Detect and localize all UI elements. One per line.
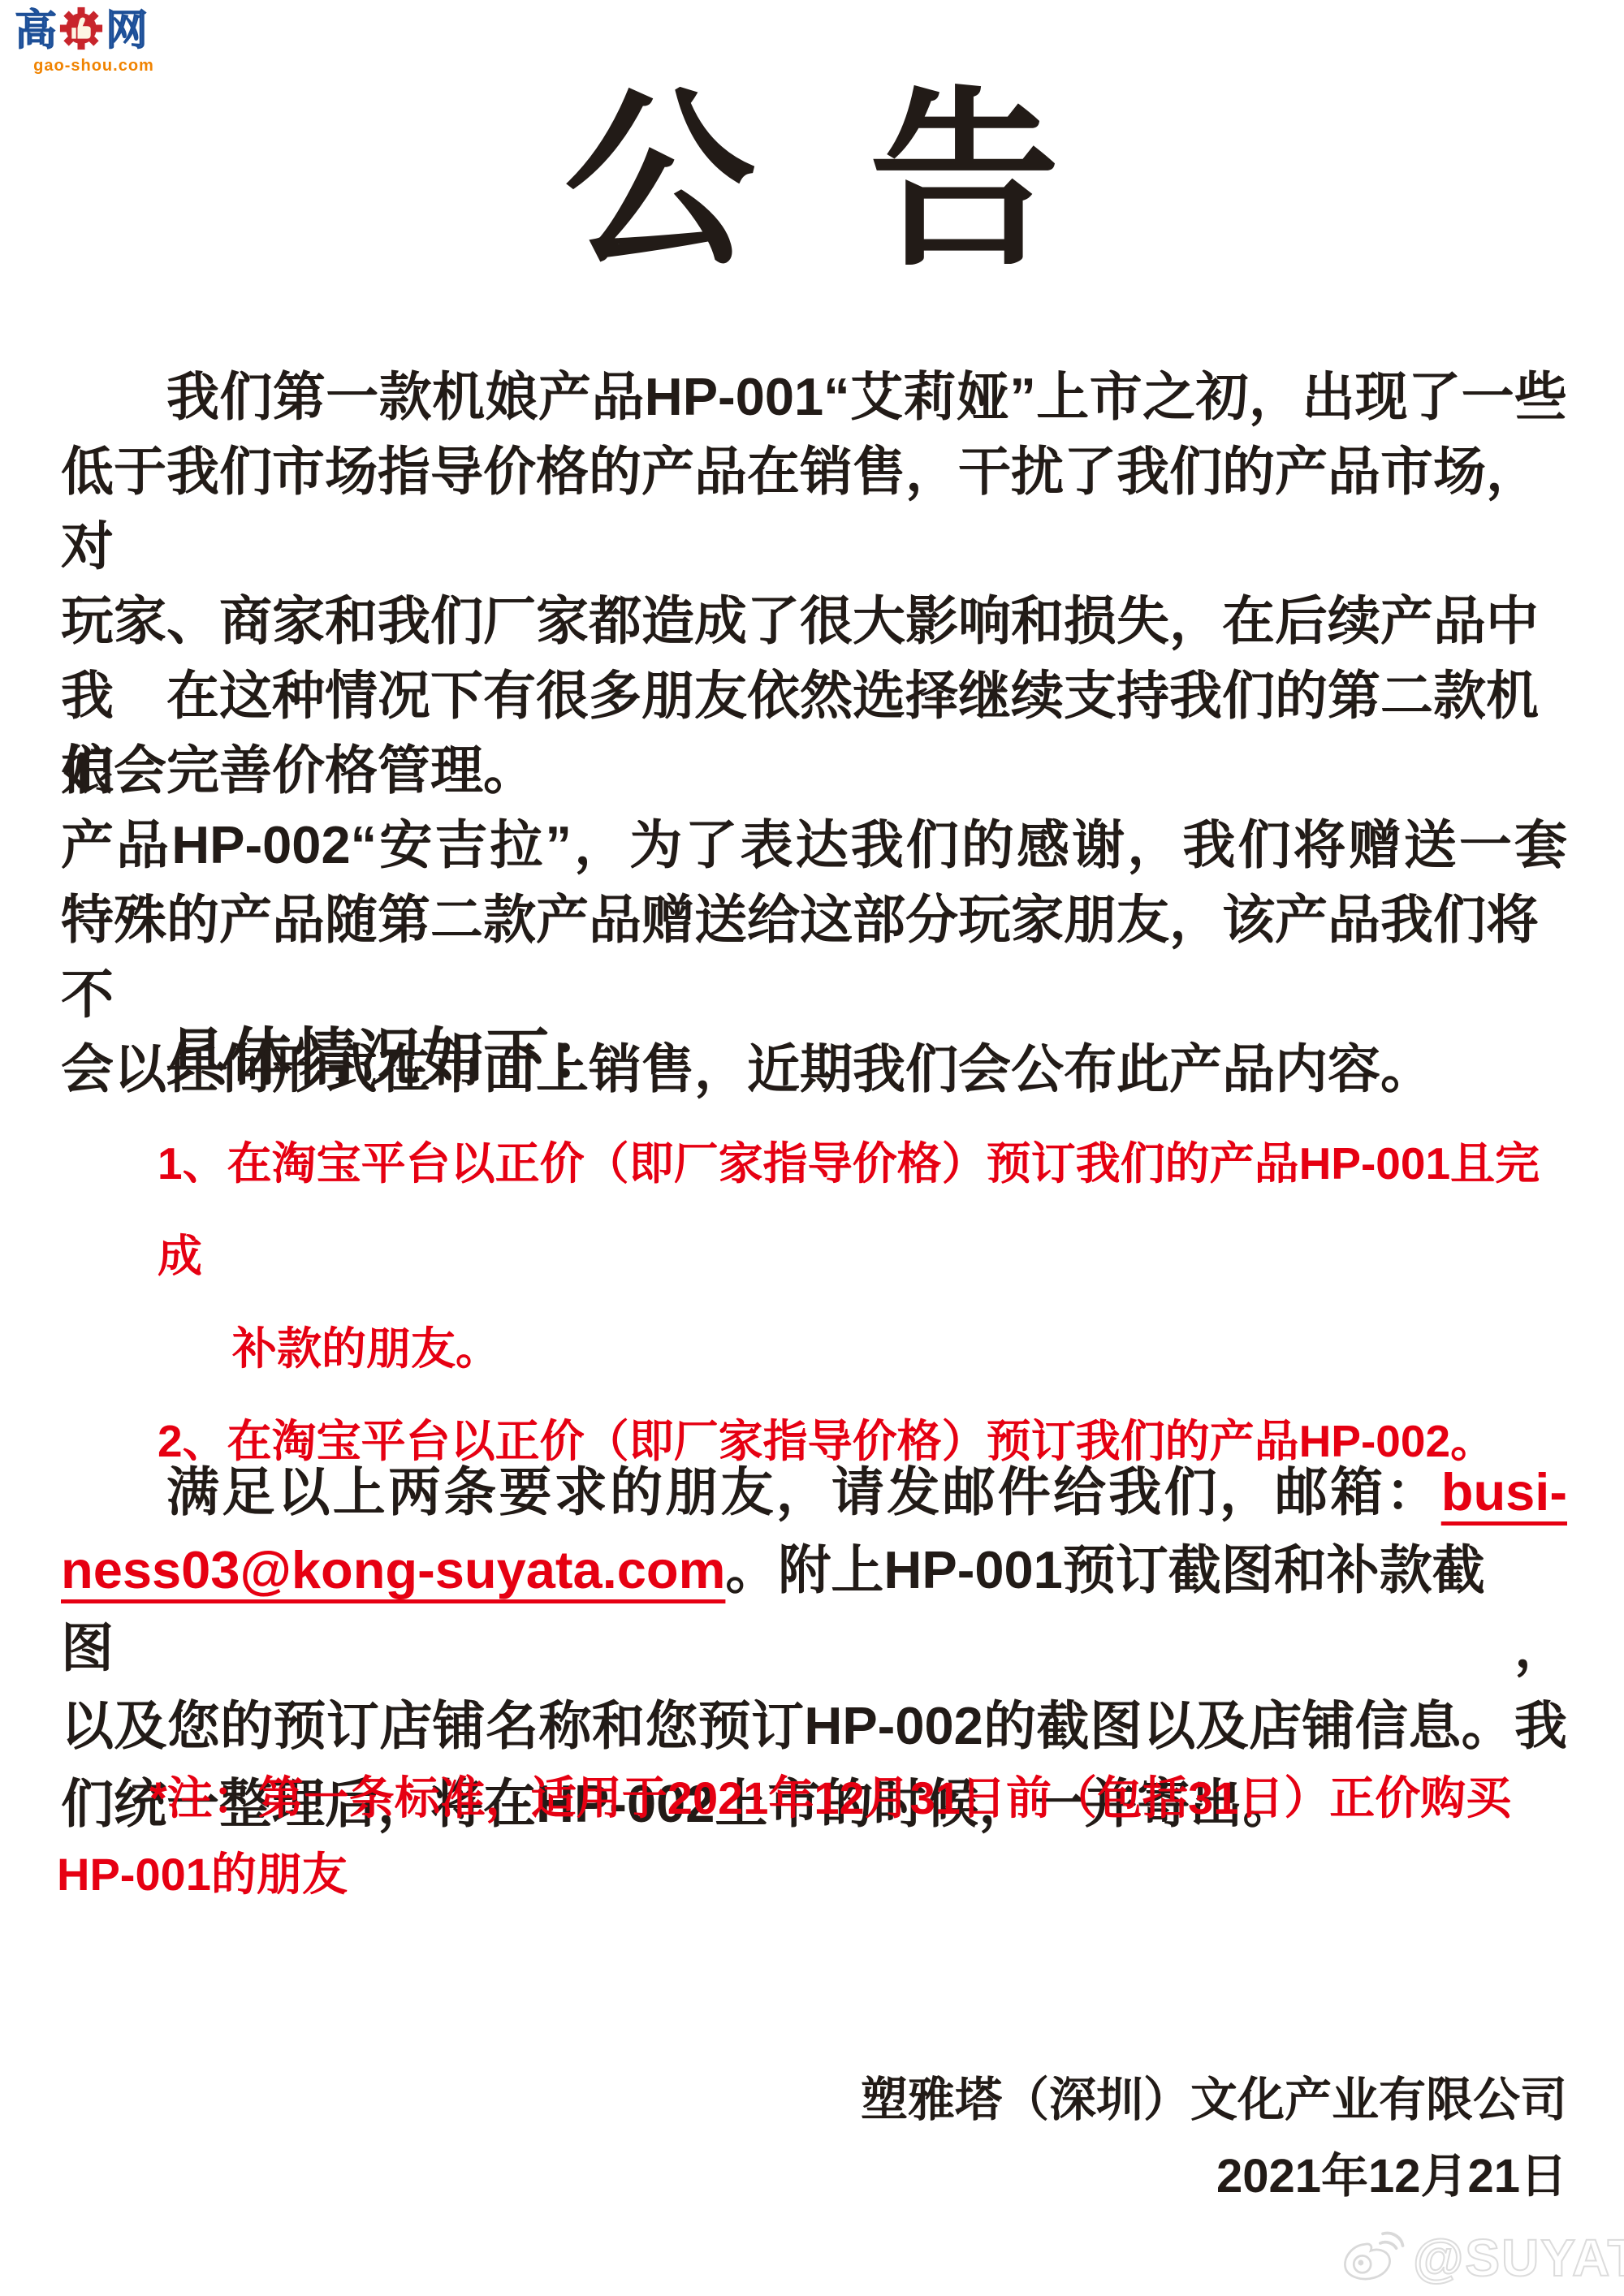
gear-thumbsup-icon <box>59 6 103 54</box>
weibo-watermark: @SUYATA <box>1340 2228 1624 2288</box>
title-char-1: 公 <box>564 81 755 282</box>
paragraph-1-line-1: 我们第一款机娘产品HP-001“艾莉娅”上市之初，出现了一些 <box>61 360 1567 434</box>
condition-1-line-1: 1、在淘宝平台以正价（即厂家指导价格）预订我们的产品HP-001且完成 <box>158 1117 1567 1302</box>
logo-char-left: 高 <box>15 10 57 52</box>
paragraph-3-line-1: 满足以上两条要求的朋友，请发邮件给我们，邮箱：busi- <box>61 1453 1567 1531</box>
paragraph-3-line-3: 以及您的预订店铺名称和您预订HP-002的截图以及店铺信息。我 <box>61 1687 1567 1765</box>
title-char-2: 告 <box>869 81 1060 282</box>
paragraph-3-line-1-text: 满足以上两条要求的朋友，请发邮件给我们，邮箱： <box>166 1462 1441 1521</box>
company-name: 塑雅塔（深圳）文化产业有限公司 <box>861 2062 1567 2138</box>
footnote-line-2: HP-001的朋友 <box>57 1836 1567 1913</box>
condition-1-line-2: 补款的朋友。 <box>158 1302 1567 1395</box>
email-link-part-1[interactable]: busi- <box>1441 1462 1567 1521</box>
footnote: *注：第一条标准，适用于2021年12月31日前（包括31日）正价购买 HP-0… <box>57 1760 1567 1913</box>
weibo-handle: @SUYATA <box>1413 2228 1624 2288</box>
footnote-line-1: *注：第一条标准，适用于2021年12月31日前（包括31日）正价购买 <box>57 1760 1567 1836</box>
signature-block: 塑雅塔（深圳）文化产业有限公司 2021年12月21日 <box>861 2062 1567 2215</box>
site-logo-row: 高 <box>15 6 173 54</box>
announcement-date: 2021年12月21日 <box>861 2138 1567 2215</box>
email-link-part-2[interactable]: ness03@kong-suyata.com <box>61 1540 725 1599</box>
site-watermark-logo: 高 <box>15 6 173 76</box>
paragraph-1-line-2: 低于我们市场指导价格的产品在销售，干扰了我们的产品市场，对 <box>61 434 1567 584</box>
paragraph-2-line-2: 产品HP-002“安吉拉”，为了表达我们的感谢，我们将赠送一套 <box>61 808 1567 883</box>
paragraph-2-line-3: 特殊的产品随第二款产品赠送给这部分玩家朋友，该产品我们将不 <box>61 883 1567 1032</box>
logo-char-right: 网 <box>106 10 148 52</box>
conditions-list: 1、在淘宝平台以正价（即厂家指导价格）预订我们的产品HP-001且完成 补款的朋… <box>158 1117 1567 1487</box>
logo-domain-text: gao-shou.com <box>15 57 173 76</box>
paragraph-3-line-2: ness03@kong-suyata.com。附上HP-001预订截图和补款截图… <box>61 1531 1567 1687</box>
section-heading: 具体情况如下： <box>166 1013 615 1103</box>
paragraph-2-line-1: 在这种情况下有很多朋友依然选择继续支持我们的第二款机娘 <box>61 658 1567 808</box>
announcement-page: 高 <box>0 0 1624 2296</box>
page-title: 公 告 <box>0 81 1624 282</box>
weibo-icon <box>1340 2230 1405 2286</box>
